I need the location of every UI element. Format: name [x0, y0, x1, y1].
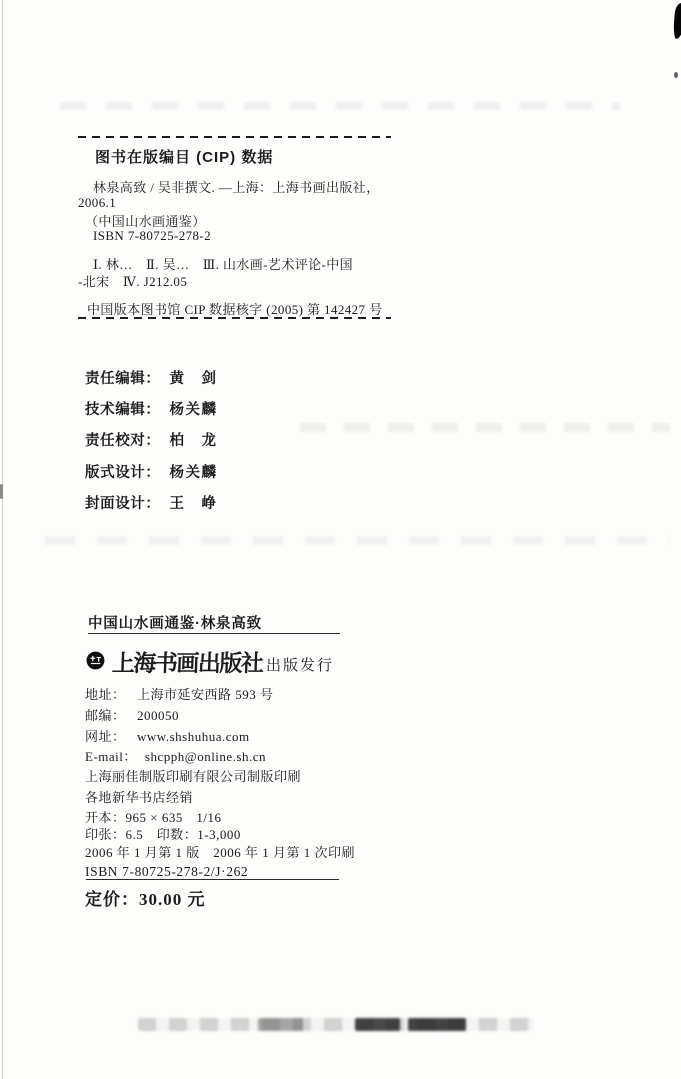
printing-line: 印张：6.5 印数：1-3,000: [85, 824, 241, 843]
contact-row: 网址：www.shshuhua.com: [85, 726, 250, 745]
credit-row: 封面设计：王 峥: [85, 492, 218, 513]
scan-artifact-showthrough: [45, 536, 670, 545]
cip-entry-line-2: 2006.1: [78, 195, 116, 211]
scan-artifact-showthrough: [60, 102, 620, 110]
contact-label: 地址：: [85, 684, 129, 703]
cip-classification-line-2: -北宋 Ⅳ. J212.05: [78, 271, 187, 290]
scan-artifact-left-edge: [2, 0, 3, 1079]
credit-row: 技术编辑：杨关麟: [85, 398, 218, 419]
cip-entry-line-1: 林泉高致 / 吴非撰文. —上海：上海书画出版社，: [93, 177, 380, 196]
credit-name: 杨关麟: [170, 402, 218, 418]
credit-name: 黄 剑: [170, 371, 218, 387]
contact-value: 上海市延安西路 593 号: [137, 687, 274, 702]
contact-row: 地址：上海市延安西路 593 号: [85, 684, 274, 703]
isbn-line: ISBN 7-80725-278-2/J·262: [85, 864, 248, 880]
cip-isbn: ISBN 7-80725-278-2: [93, 228, 211, 244]
scan-artifact-corner-dot: [674, 72, 678, 78]
contact-row: 邮编：200050: [85, 705, 179, 724]
contact-label: 邮编：: [85, 705, 129, 724]
series-title-underline: [88, 633, 340, 634]
credit-label: 责任校对：: [85, 433, 161, 449]
price-divider: [86, 879, 339, 880]
cip-dashed-rule-bottom: [78, 317, 391, 319]
credit-label: 技术编辑：: [85, 402, 161, 418]
credit-name: 柏 龙: [170, 433, 218, 449]
cip-record-number: 中国版本图书馆 CIP 数据核字 (2005) 第 142427 号: [87, 299, 383, 318]
credit-label: 封面设计：: [85, 496, 161, 512]
contact-label: E-mail：: [85, 746, 137, 765]
publisher-seal-icon: [86, 651, 105, 670]
scan-artifact-corner-blob: [672, 3, 681, 40]
credit-name: 杨关麟: [170, 465, 218, 481]
series-title: 中国山水画通鉴·林泉高致: [88, 612, 262, 633]
cip-dashed-rule-top: [78, 136, 391, 138]
credit-row: 版式设计：杨关麟: [85, 461, 218, 482]
publisher-role: 出版发行: [266, 654, 334, 675]
contact-row: E-mail：shcpph@online.sh.cn: [85, 746, 266, 765]
credit-label: 责任编辑：: [85, 371, 161, 387]
printing-line: 上海丽佳制版印刷有限公司制版印刷: [85, 766, 301, 785]
contact-value: shcpph@online.sh.cn: [145, 749, 266, 764]
contact-value: www.shshuhua.com: [137, 729, 250, 744]
copyright-page: 图书在版编目 (CIP) 数据 林泉高致 / 吴非撰文. —上海：上海书画出版社…: [0, 0, 681, 1079]
credit-label: 版式设计：: [85, 465, 161, 481]
publisher-name: 上海书画出版社: [111, 645, 263, 678]
contact-label: 网址：: [85, 726, 129, 745]
scan-artifact-left-tick: [0, 484, 3, 499]
printing-line: 各地新华书店经销: [85, 787, 193, 806]
printing-line: 2006 年 1 月第 1 版 2006 年 1 月第 1 次印刷: [85, 842, 355, 861]
credit-row: 责任校对：柏 龙: [85, 429, 218, 450]
scan-artifact-showthrough: [300, 423, 670, 432]
credit-name: 王 峥: [170, 496, 218, 512]
cip-heading: 图书在版编目 (CIP) 数据: [95, 146, 273, 167]
price-line: 定价：30.00 元: [85, 885, 206, 910]
credit-row: 责任编辑：黄 剑: [85, 367, 218, 388]
scan-artifact-smudge: [138, 1018, 533, 1031]
contact-value: 200050: [137, 708, 179, 723]
